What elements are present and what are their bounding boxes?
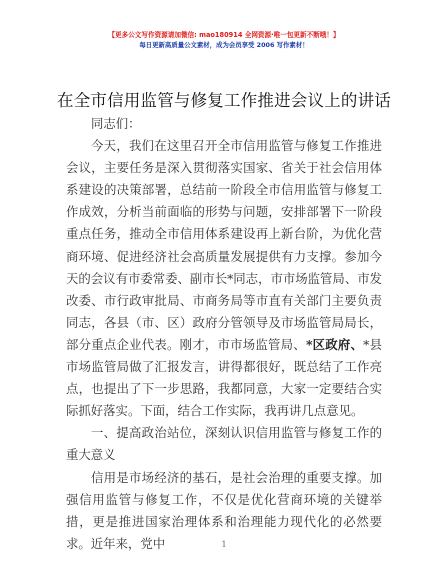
opening-paragraph-bold-text: *区政府、 <box>306 337 363 352</box>
promo-banner-line-1: 【更多公文写作资源请加微信: mao180914 全网资源·唯一包更新不断哦！】 <box>0 31 448 40</box>
opening-paragraph: 今天，我们在这里召开全市信用监管与修复工作推进会议，主要任务是深入贯彻落实国家、… <box>66 135 382 422</box>
greeting: 同志们： <box>66 113 382 135</box>
document-body: 同志们： 今天，我们在这里召开全市信用监管与修复工作推进会议，主要任务是深入贯彻… <box>66 113 382 555</box>
page-number: 1 <box>0 540 448 549</box>
opening-paragraph-text-1: 今天，我们在这里召开全市信用监管与修复工作推进会议，主要任务是深入贯彻落实国家、… <box>66 138 382 352</box>
document-page: 【更多公文写作资源请加微信: mao180914 全网资源·唯一包更新不断哦！】… <box>0 0 448 580</box>
promo-banner-line-2: 每日更新高质量公文素材，成为会员享受 2006 写作素材！ <box>0 41 448 50</box>
document-title: 在全市信用监管与修复工作推进会议上的讲话 <box>0 90 448 112</box>
section-heading-1: 一、提高政治站位，深刻认识信用监管与修复工作的重大意义 <box>66 422 382 466</box>
